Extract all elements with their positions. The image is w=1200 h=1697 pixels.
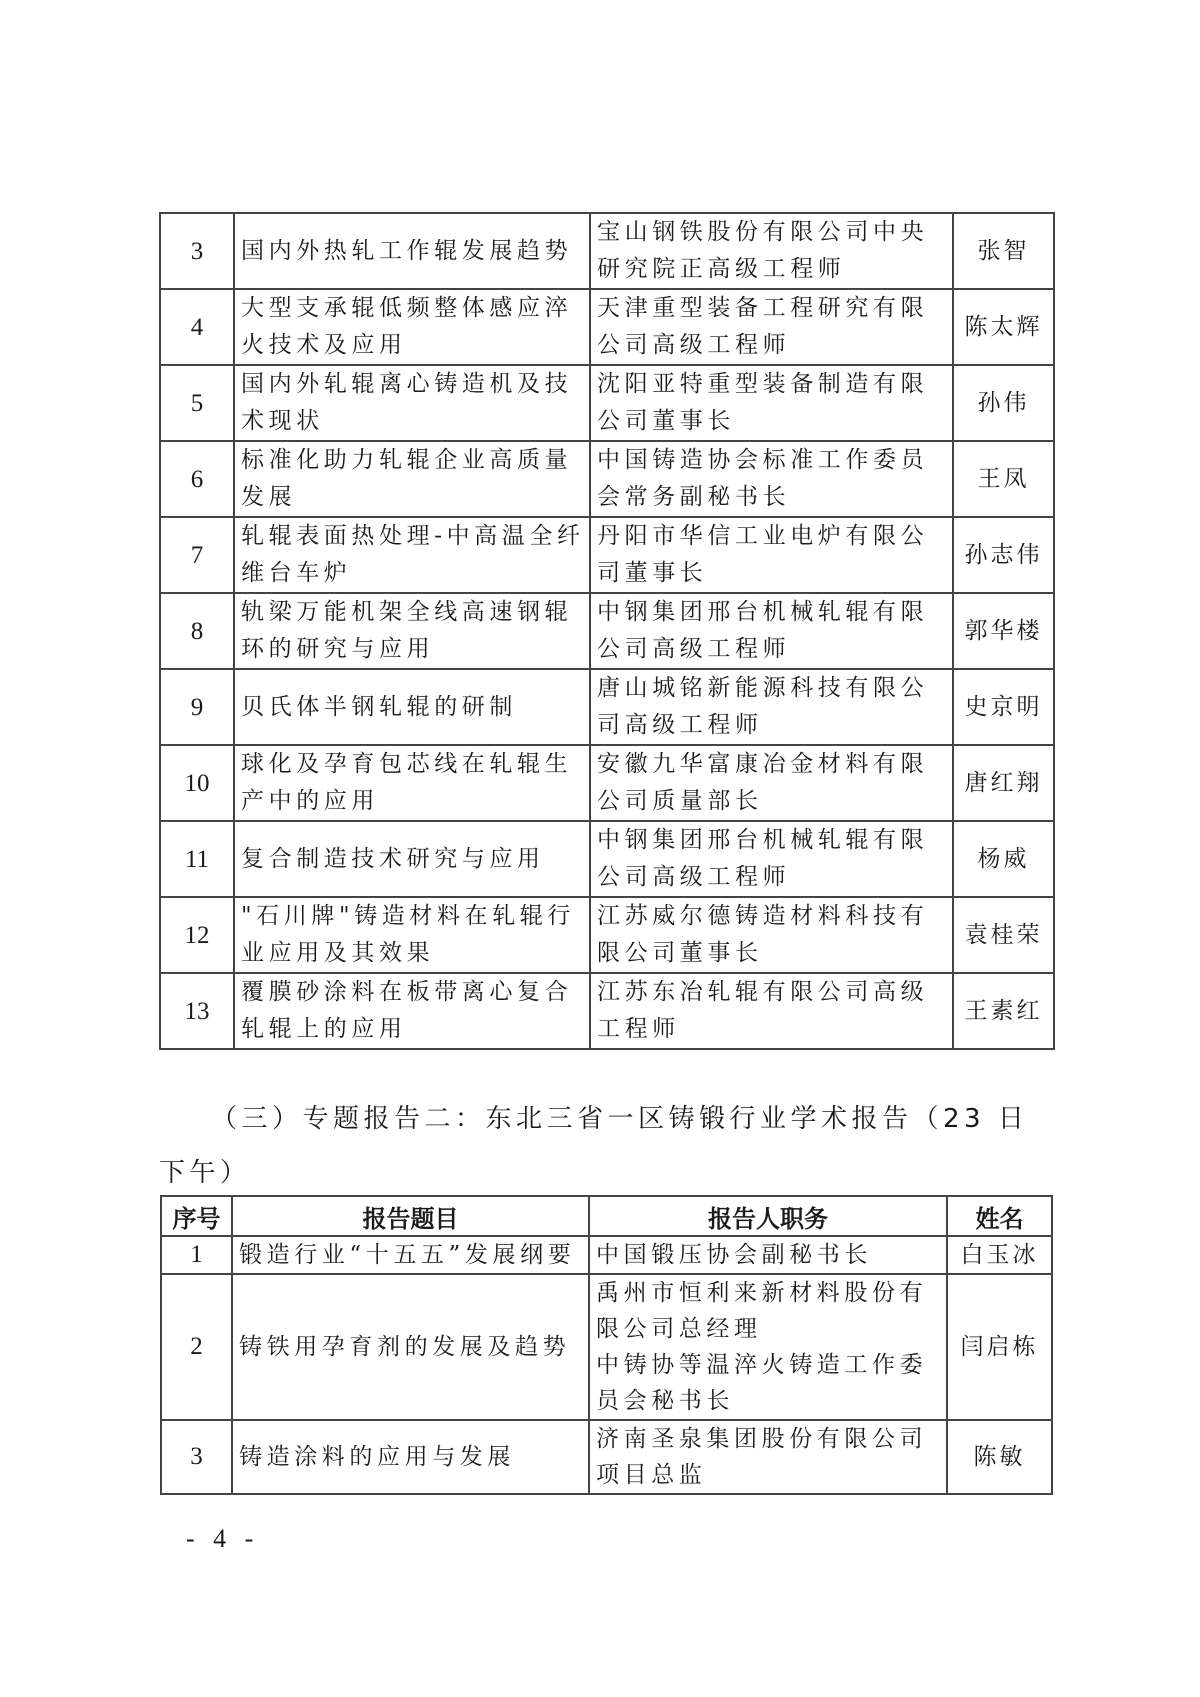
table-row: 1 锻造行业“十五五”发展纲要 中国锻压协会副秘书长 白玉冰 <box>161 1236 1052 1274</box>
row-number: 11 <box>160 821 234 897</box>
row-number: 3 <box>160 213 234 289</box>
report-title: 轧辊表面热处理-中高温全纤维台车炉 <box>234 517 590 593</box>
table-row: 10 球化及孕育包芯线在轧辊生产中的应用 安徽九华富康冶金材料有限公司质量部长 … <box>160 745 1054 821</box>
column-header-title: 报告题目 <box>232 1196 589 1236</box>
speaker-position-line2: 中铸协等温淬火铸造工作委员会秘书长 <box>596 1347 944 1419</box>
row-number: 13 <box>160 973 234 1049</box>
row-number: 2 <box>161 1274 232 1420</box>
table-row: 3 铸造涂料的应用与发展 济南圣泉集团股份有限公司项目总监 陈敏 <box>161 1420 1052 1494</box>
report-title: 球化及孕育包芯线在轧辊生产中的应用 <box>234 745 590 821</box>
speaker-position: 禹州市恒利来新材料股份有限公司总经理 中铸协等温淬火铸造工作委员会秘书长 <box>589 1274 947 1420</box>
speaker-name: 袁桂荣 <box>953 897 1054 973</box>
speaker-position: 中钢集团邢台机械轧辊有限公司高级工程师 <box>590 821 953 897</box>
speaker-name: 唐红翔 <box>953 745 1054 821</box>
report-title: 铸铁用孕育剂的发展及趋势 <box>232 1274 589 1420</box>
speaker-name: 王素红 <box>953 973 1054 1049</box>
row-number: 1 <box>161 1236 232 1274</box>
report-title: 轨梁万能机架全线高速钢辊环的研究与应用 <box>234 593 590 669</box>
speaker-name: 孙伟 <box>953 365 1054 441</box>
speaker-position: 丹阳市华信工业电炉有限公司董事长 <box>590 517 953 593</box>
speaker-position: 沈阳亚特重型装备制造有限公司董事长 <box>590 365 953 441</box>
row-number: 4 <box>160 289 234 365</box>
column-header-name: 姓名 <box>947 1196 1052 1236</box>
speaker-position: 中国铸造协会标准工作委员会常务副秘书长 <box>590 441 953 517</box>
row-number: 9 <box>160 669 234 745</box>
report-table-forging: 序号 报告题目 报告人职务 姓名 1 锻造行业“十五五”发展纲要 中国锻压协会副… <box>160 1195 1053 1495</box>
row-number: 6 <box>160 441 234 517</box>
report-table-rolls: 3 国内外热轧工作辊发展趋势 宝山钢铁股份有限公司中央研究院正高级工程师 张智 … <box>159 212 1055 1050</box>
table-row: 3 国内外热轧工作辊发展趋势 宝山钢铁股份有限公司中央研究院正高级工程师 张智 <box>160 213 1054 289</box>
report-title: 铸造涂料的应用与发展 <box>232 1420 589 1494</box>
table-row: 6 标准化助力轧辊企业高质量发展 中国铸造协会标准工作委员会常务副秘书长 王凤 <box>160 441 1054 517</box>
row-number: 3 <box>161 1420 232 1494</box>
speaker-name: 史京明 <box>953 669 1054 745</box>
table-row: 12 "石川牌"铸造材料在轧辊行业应用及其效果 江苏威尔德铸造材料科技有限公司董… <box>160 897 1054 973</box>
speaker-name: 王凤 <box>953 441 1054 517</box>
row-number: 8 <box>160 593 234 669</box>
column-header-number: 序号 <box>161 1196 232 1236</box>
speaker-position: 中国锻压协会副秘书长 <box>589 1236 947 1274</box>
column-header-position: 报告人职务 <box>589 1196 947 1236</box>
table-row: 11 复合制造技术研究与应用 中钢集团邢台机械轧辊有限公司高级工程师 杨威 <box>160 821 1054 897</box>
speaker-name: 张智 <box>953 213 1054 289</box>
table-row: 2 铸铁用孕育剂的发展及趋势 禹州市恒利来新材料股份有限公司总经理 中铸协等温淬… <box>161 1274 1052 1420</box>
speaker-name: 陈太辉 <box>953 289 1054 365</box>
report-title: 国内外轧辊离心铸造机及技术现状 <box>234 365 590 441</box>
report-title: 覆膜砂涂料在板带离心复合轧辊上的应用 <box>234 973 590 1049</box>
speaker-name: 陈敏 <box>947 1420 1052 1494</box>
report-title: 复合制造技术研究与应用 <box>234 821 590 897</box>
report-title: 贝氏体半钢轧辊的研制 <box>234 669 590 745</box>
speaker-position: 济南圣泉集团股份有限公司项目总监 <box>589 1420 947 1494</box>
section-heading: （三）专题报告二：东北三省一区铸锻行业学术报告（23 日 下午） <box>159 1092 1059 1200</box>
speaker-position: 天津重型装备工程研究有限公司高级工程师 <box>590 289 953 365</box>
table-row: 8 轨梁万能机架全线高速钢辊环的研究与应用 中钢集团邢台机械轧辊有限公司高级工程… <box>160 593 1054 669</box>
speaker-name: 闫启栋 <box>947 1274 1052 1420</box>
table-row: 13 覆膜砂涂料在板带离心复合轧辊上的应用 江苏东冶轧辊有限公司高级工程师 王素… <box>160 973 1054 1049</box>
row-number: 5 <box>160 365 234 441</box>
speaker-position: 安徽九华富康冶金材料有限公司质量部长 <box>590 745 953 821</box>
table-row: 5 国内外轧辊离心铸造机及技术现状 沈阳亚特重型装备制造有限公司董事长 孙伟 <box>160 365 1054 441</box>
speaker-position: 宝山钢铁股份有限公司中央研究院正高级工程师 <box>590 213 953 289</box>
speaker-position: 唐山城铭新能源科技有限公司高级工程师 <box>590 669 953 745</box>
speaker-name: 孙志伟 <box>953 517 1054 593</box>
report-title: "石川牌"铸造材料在轧辊行业应用及其效果 <box>234 897 590 973</box>
section-heading-line2: 下午） <box>159 1146 1059 1200</box>
row-number: 7 <box>160 517 234 593</box>
report-title: 标准化助力轧辊企业高质量发展 <box>234 441 590 517</box>
row-number: 10 <box>160 745 234 821</box>
table-row: 4 大型支承辊低频整体感应淬火技术及应用 天津重型装备工程研究有限公司高级工程师… <box>160 289 1054 365</box>
speaker-position-line1: 禹州市恒利来新材料股份有限公司总经理 <box>596 1275 944 1347</box>
section-heading-line1: （三）专题报告二：东北三省一区铸锻行业学术报告（23 日 <box>159 1092 1059 1146</box>
row-number: 12 <box>160 897 234 973</box>
speaker-name: 郭华楼 <box>953 593 1054 669</box>
table-header-row: 序号 报告题目 报告人职务 姓名 <box>161 1196 1052 1236</box>
speaker-position: 中钢集团邢台机械轧辊有限公司高级工程师 <box>590 593 953 669</box>
report-title: 大型支承辊低频整体感应淬火技术及应用 <box>234 289 590 365</box>
speaker-position: 江苏东冶轧辊有限公司高级工程师 <box>590 973 953 1049</box>
speaker-name: 白玉冰 <box>947 1236 1052 1274</box>
table-row: 7 轧辊表面热处理-中高温全纤维台车炉 丹阳市华信工业电炉有限公司董事长 孙志伟 <box>160 517 1054 593</box>
report-title: 锻造行业“十五五”发展纲要 <box>232 1236 589 1274</box>
table-row: 9 贝氏体半钢轧辊的研制 唐山城铭新能源科技有限公司高级工程师 史京明 <box>160 669 1054 745</box>
speaker-position: 江苏威尔德铸造材料科技有限公司董事长 <box>590 897 953 973</box>
speaker-name: 杨威 <box>953 821 1054 897</box>
page-number: - 4 - <box>186 1524 259 1554</box>
report-title: 国内外热轧工作辊发展趋势 <box>234 213 590 289</box>
